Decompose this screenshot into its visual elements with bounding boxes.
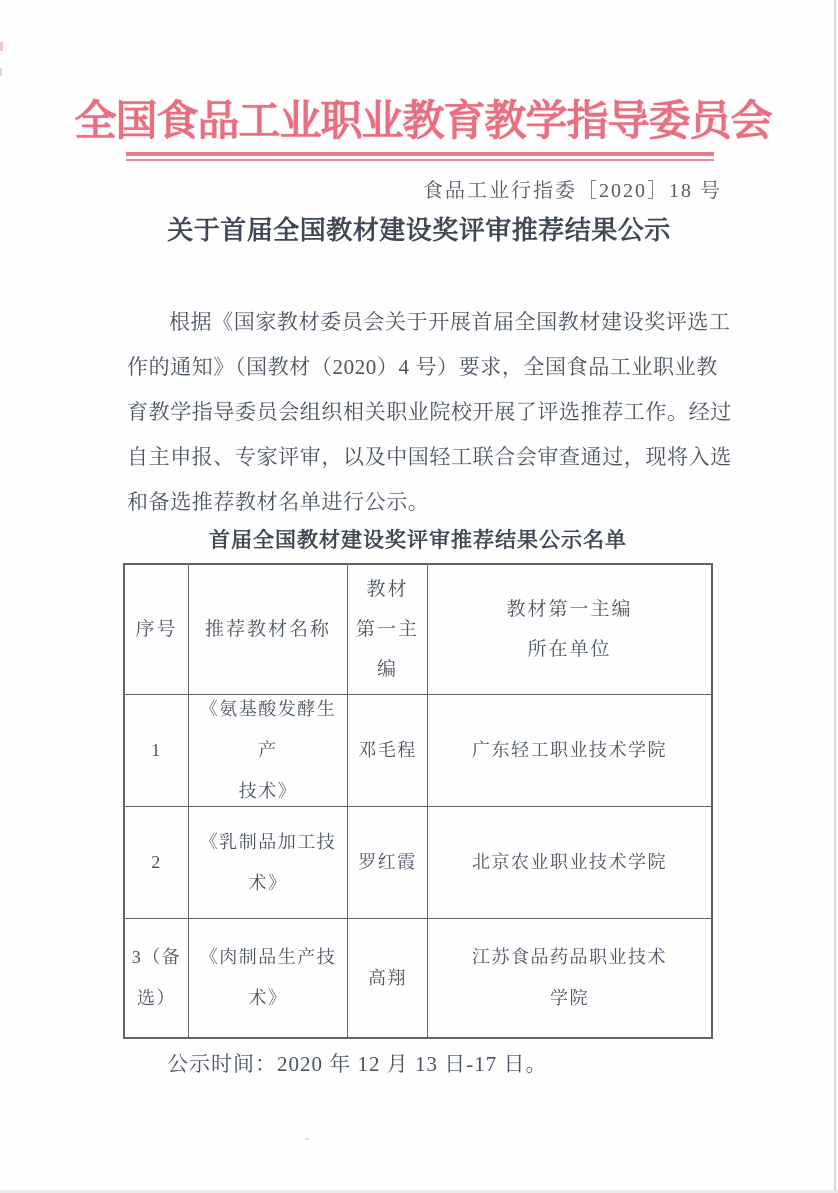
scan-speck [0,68,2,76]
cell-first-editor: 罗红霞 [348,807,428,919]
col-header-first-editor: 教材 第一主 编 [348,565,428,695]
col-header-book-name: 推荐教材名称 [189,565,348,695]
body-line: 作的通知》（国教材（2020）4 号）要求，全国食品工业职业教 [127,345,717,390]
col-header-seq: 序号 [125,565,189,695]
scan-edge-right [834,0,836,1193]
doc-number: 食品工业行指委［2020］18 号 [423,174,722,203]
body-line: 和备选推荐教材名单进行公示。 [127,480,717,525]
publicity-period: 公示时间：2020 年 12 月 13 日-17 日。 [167,1048,548,1078]
document-title: 关于首届全国教材建设奖评审推荐结果公示 [0,210,838,247]
cell-seq: 2 [125,807,189,919]
cell-book-name: 《氨基酸发酵生产 技术》 [189,695,348,807]
title-underline-thick [126,152,714,156]
scan-speck [0,42,3,51]
org-title: 全国食品工业职业教育教学指导委员会 [0,88,838,148]
body-paragraph: 根据《国家教材委员会关于开展首届全国教材建设奖评选工 作的通知》（国教材（202… [127,300,717,525]
body-line: 自主申报、专家评审，以及中国轻工联合会审查通过，现将入选 [127,435,717,480]
body-line: 育教学指导委员会组织相关职业院校开展了评选推荐工作。经过 [127,390,717,435]
cell-editor-org: 广东轻工职业技术学院 [428,695,711,807]
cell-seq: 1 [125,695,189,807]
cell-book-name: 《乳制品加工技术》 [189,807,348,919]
cell-editor-org: 江苏食品药品职业技术 学院 [428,919,711,1037]
cell-book-name: 《肉制品生产技术》 [189,919,348,1037]
scan-speck [305,1138,309,1140]
title-underline-thin [126,159,714,161]
results-table: 序号 推荐教材名称 教材 第一主 编 教材第一主编 所在单位 1 《氨基酸发酵生… [123,563,713,1039]
document-page: 全国食品工业职业教育教学指导委员会 食品工业行指委［2020］18 号 关于首届… [0,0,838,1193]
body-line: 根据《国家教材委员会关于开展首届全国教材建设奖评选工 [127,300,717,345]
table-caption: 首届全国教材建设奖评审推荐结果公示名单 [123,524,713,554]
cell-first-editor: 高翔 [348,919,428,1037]
cell-seq: 3（备 选） [125,919,189,1037]
cell-first-editor: 邓毛程 [348,695,428,807]
cell-editor-org: 北京农业职业技术学院 [428,807,711,919]
col-header-editor-org: 教材第一主编 所在单位 [428,565,711,695]
